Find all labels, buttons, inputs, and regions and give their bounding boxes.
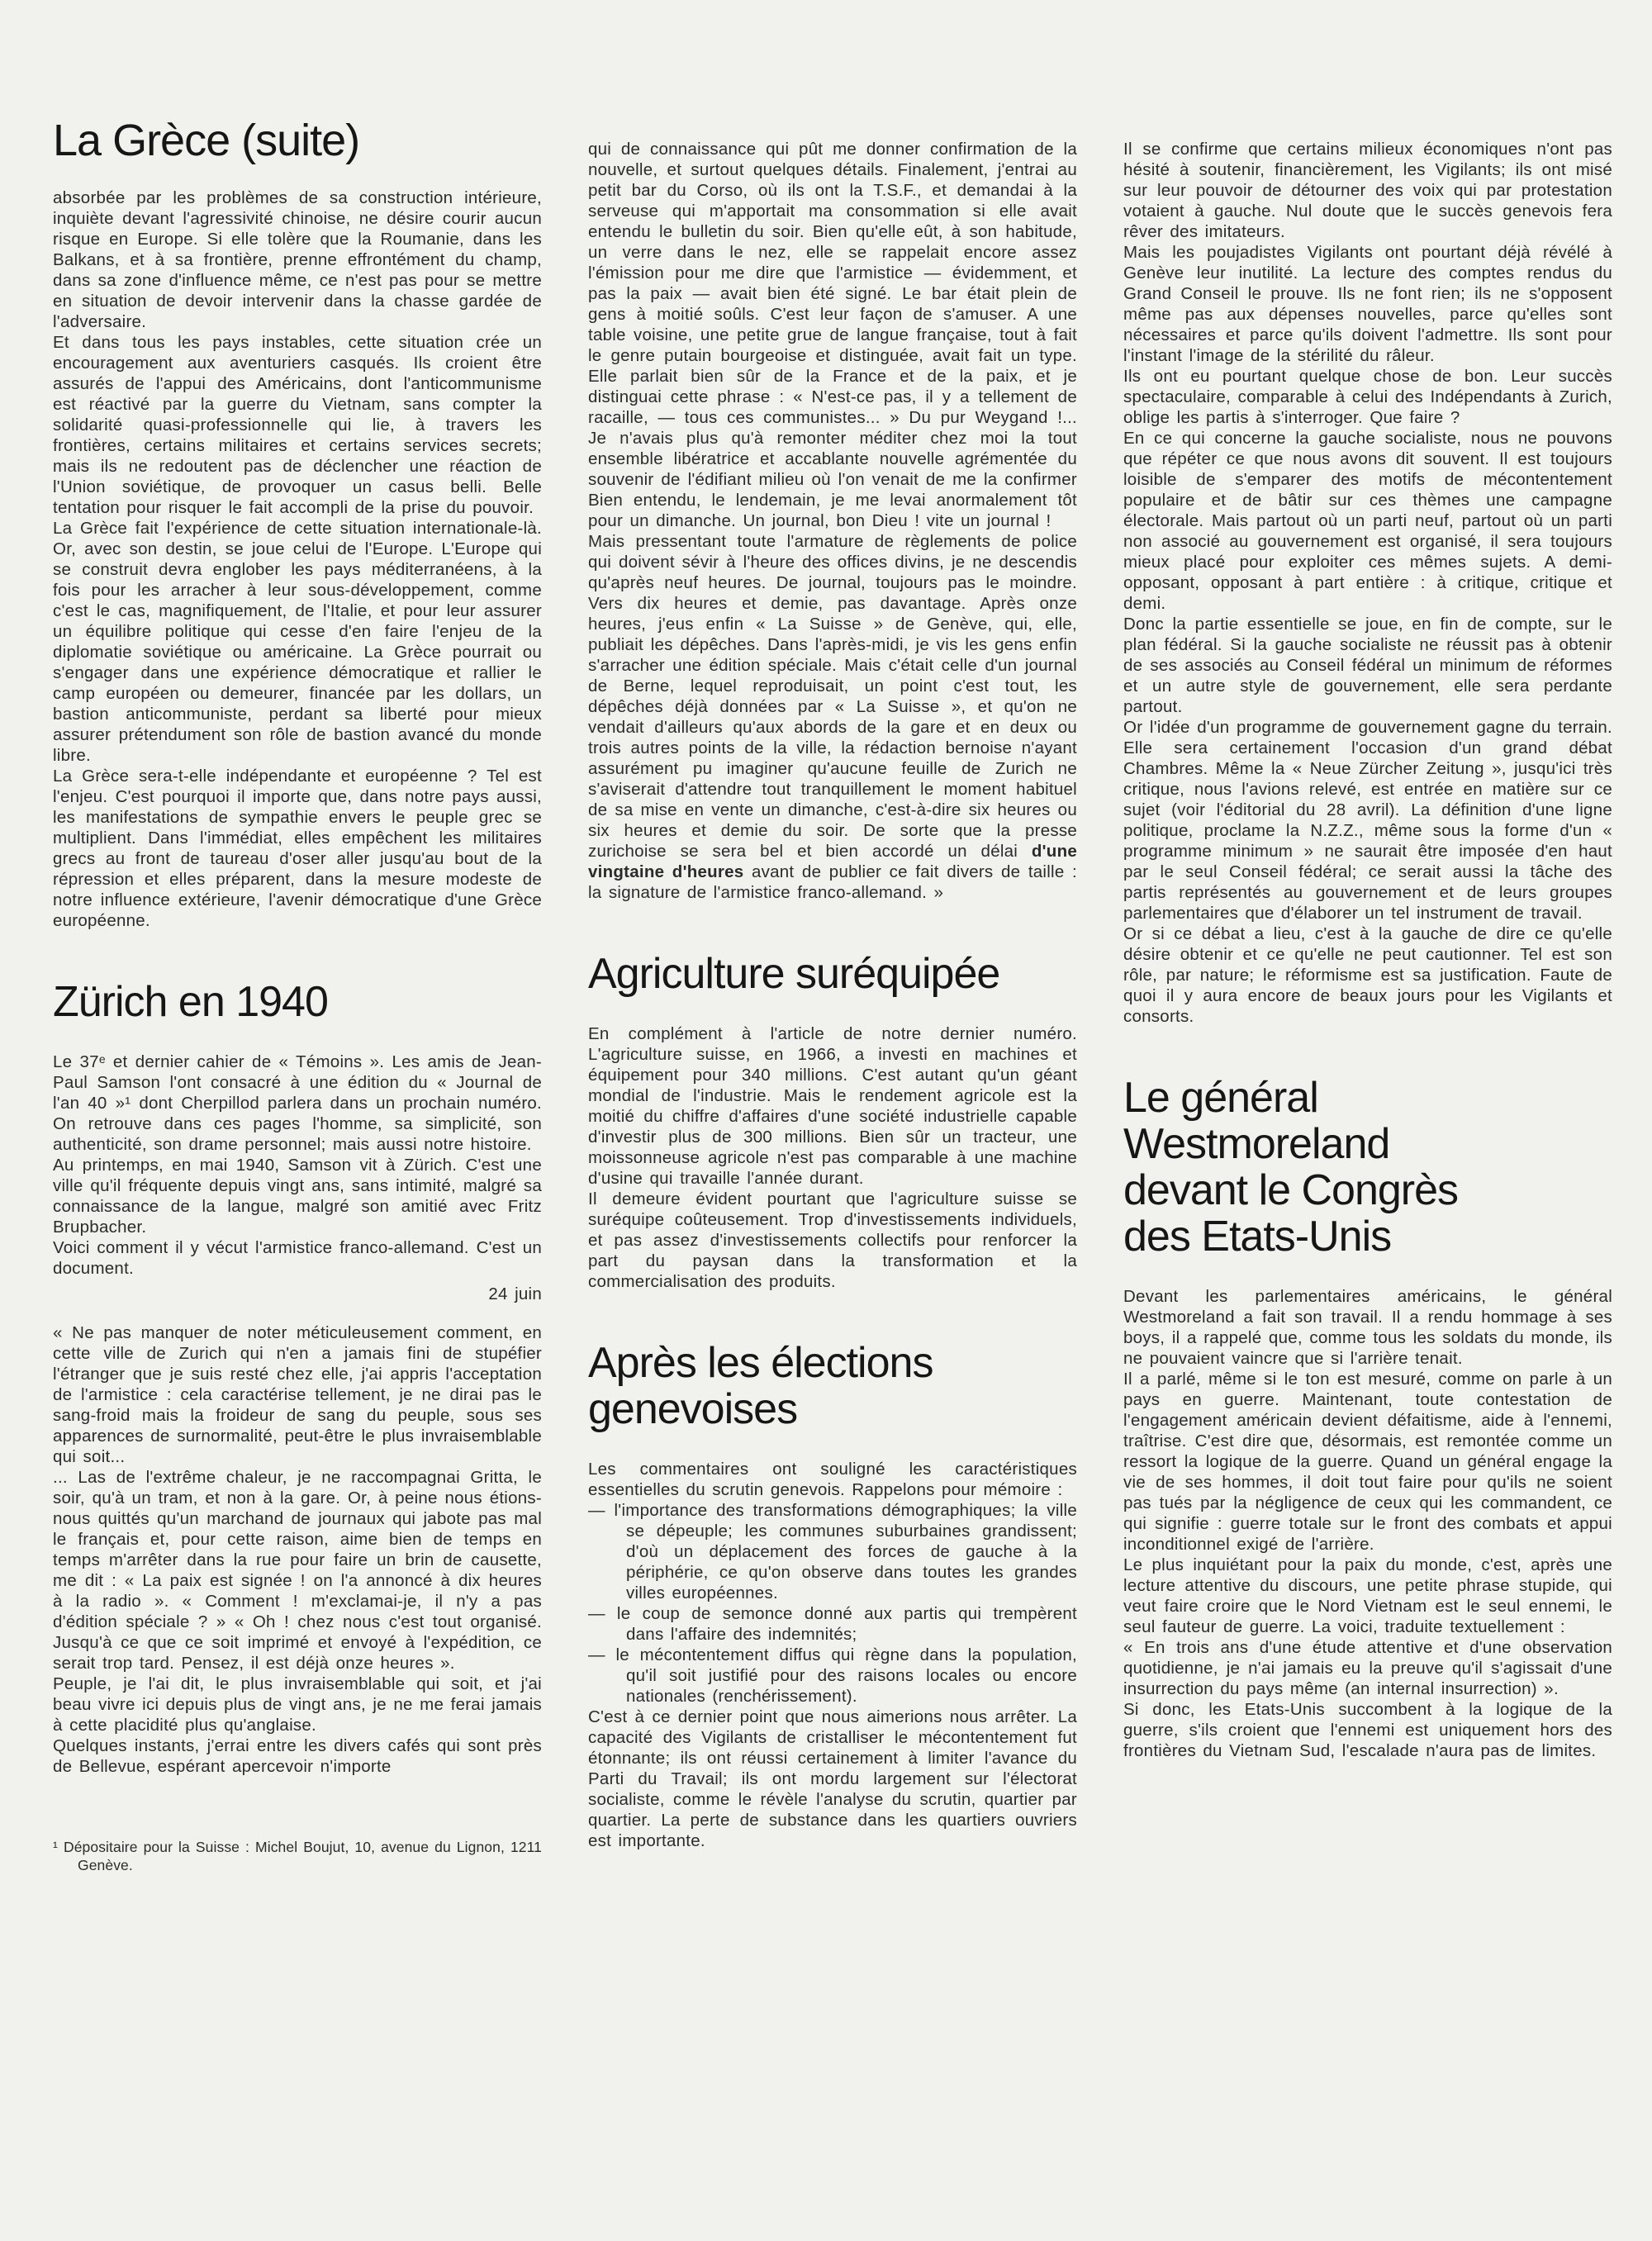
paragraph: La Grèce fait l'expérience de cette situ… <box>53 518 542 766</box>
article-title-zurich-1940: Zürich en 1940 <box>53 979 542 1025</box>
paragraph: « En trois ans d'une étude attentive et … <box>1123 1637 1612 1699</box>
paragraph: Et dans tous les pays instables, cette s… <box>53 332 542 518</box>
article-title-westmoreland: Le généralWestmorelanddevant le Congrèsd… <box>1123 1075 1612 1260</box>
paragraph: Le 37ᵉ et dernier cahier de « Témoins ».… <box>53 1052 542 1155</box>
paragraph: C'est à ce dernier point que nous aimeri… <box>588 1707 1077 1851</box>
column-2: qui de connaissance qui pût me donner co… <box>588 117 1077 1874</box>
paragraph: Le plus inquiétant pour la paix du monde… <box>1123 1555 1612 1637</box>
bullet-item: — le mécontentement diffus qui règne dan… <box>588 1645 1077 1707</box>
column-3: Il se confirme que certains milieux écon… <box>1123 117 1612 1874</box>
paragraph: ... Las de l'extrême chaleur, je ne racc… <box>53 1467 542 1674</box>
paragraph: Or l'idée d'un programme de gouvernement… <box>1123 717 1612 923</box>
paragraph: Mais les poujadistes Vigilants ont pourt… <box>1123 242 1612 366</box>
title-line: devant le Congrès <box>1123 1167 1612 1213</box>
paragraph: « Ne pas manquer de noter méticuleusemen… <box>53 1322 542 1467</box>
paragraph: Donc la partie essentielle se joue, en f… <box>1123 614 1612 717</box>
paragraph: En complément à l'article de notre derni… <box>588 1023 1077 1189</box>
paragraph: En ce qui concerne la gauche socialiste,… <box>1123 428 1612 614</box>
paragraph: Devant les parlementaires américains, le… <box>1123 1286 1612 1369</box>
title-line: Après les élections <box>588 1340 1077 1386</box>
paragraph: Les commentaires ont souligné les caract… <box>588 1459 1077 1500</box>
columns-container: La Grèce (suite) absorbée par les problè… <box>53 117 1612 1874</box>
paragraph: La Grèce sera-t-elle indépendante et eur… <box>53 766 542 931</box>
paragraph: Il demeure évident pourtant que l'agricu… <box>588 1189 1077 1292</box>
paragraph: Si donc, les Etats-Unis succombent à la … <box>1123 1699 1612 1761</box>
article-title-la-grece: La Grèce (suite) <box>53 117 542 164</box>
bullet-item: — le coup de semonce donné aux partis qu… <box>588 1603 1077 1645</box>
paragraph: Voici comment il y vécut l'armistice fra… <box>53 1237 542 1279</box>
bullet-item: — l'importance des transformations démog… <box>588 1500 1077 1603</box>
title-line: genevoises <box>588 1386 1077 1432</box>
dateline: 24 juin <box>53 1284 542 1304</box>
paragraph: Peuple, je l'ai dit, le plus invraisembl… <box>53 1674 542 1735</box>
footnote: ¹ Dépositaire pour la Suisse : Michel Bo… <box>53 1838 542 1874</box>
paragraph: qui de connaissance qui pût me donner co… <box>588 139 1077 531</box>
paragraph: Il a parlé, même si le ton est mesuré, c… <box>1123 1369 1612 1555</box>
article-title-elections: Après les électionsgenevoises <box>588 1340 1077 1432</box>
paragraph: Il se confirme que certains milieux écon… <box>1123 139 1612 242</box>
paragraph: Quelques instants, j'errai entre les div… <box>53 1735 542 1777</box>
title-line: Westmoreland <box>1123 1121 1612 1167</box>
paragraph: Ils ont eu pourtant quelque chose de bon… <box>1123 366 1612 428</box>
paragraph: Mais pressentant toute l'armature de règ… <box>588 531 1077 903</box>
newspaper-page: La Grèce (suite) absorbée par les problè… <box>0 0 1652 2241</box>
paragraph: Or si ce débat a lieu, c'est à la gauche… <box>1123 923 1612 1027</box>
paragraph: Au printemps, en mai 1940, Samson vit à … <box>53 1155 542 1237</box>
text-run: Mais pressentant toute l'armature de règ… <box>588 532 1077 861</box>
column-1: La Grèce (suite) absorbée par les problè… <box>53 117 542 1874</box>
title-line: des Etats-Unis <box>1123 1213 1612 1260</box>
title-line: Le général <box>1123 1075 1612 1121</box>
paragraph: absorbée par les problèmes de sa constru… <box>53 188 542 332</box>
article-title-agriculture: Agriculture suréquipée <box>588 951 1077 997</box>
